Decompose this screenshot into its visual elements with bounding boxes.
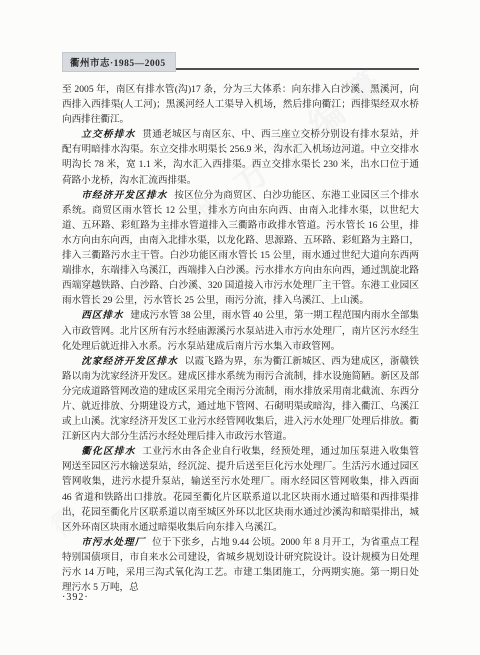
page-number: ·392· <box>62 592 89 603</box>
body-text: 至 2005 年，南区有排水管(沟)17 条，分为三大体系：向东排入白沙溪、黑溪… <box>62 82 419 595</box>
paragraph-lead: 市经济开发区排水 <box>81 190 167 201</box>
paragraph: 沈家经济开发区排水以霞飞路为界，东为衢江新城区、西为建成区，浙赣铁路以南为沈家经… <box>62 354 419 445</box>
paragraph-lead: 西区排水 <box>81 310 123 321</box>
paragraph-lead: 市污水处理厂 <box>81 537 145 548</box>
paragraph-lead: 立交桥排水 <box>81 129 135 140</box>
paragraph: 立交桥排水贯通老城区与南区东、中、西三座立交桥分别设有排水泵站，并配有明暗排水沟… <box>62 127 419 187</box>
book-page: 衢州市地方志编纂 衢州市地方志编纂 衢州市志·1985—2005 至 2005 … <box>0 0 480 655</box>
paragraph: 至 2005 年，南区有排水管(沟)17 条，分为三大体系：向东排入白沙溪、黑溪… <box>62 82 419 127</box>
paragraph: 市经济开发区排水按区位分为商贸区、白沙功能区、东港工业园区三个排水系统。商贸区雨… <box>62 188 419 309</box>
paragraph-lead: 沈家经济开发区排水 <box>81 356 178 367</box>
paragraph-lead: 衢化区排水 <box>81 446 135 457</box>
paragraph: 西区排水建成污水管 38 公里，雨水管 40 公里，第一期工程范围内雨水全部集入… <box>62 308 419 353</box>
paragraph: 市污水处理厂位于下张乡，占地 9.44 公顷。2000 年 8 月开工，为省重点… <box>62 535 419 595</box>
paragraph: 衢化区排水工业污水由各企业自行收集，经预处理，通过加压泵进入收集管网送至园区污水… <box>62 444 419 535</box>
page-header: 衢州市志·1985—2005 <box>62 52 419 72</box>
book-title: 衢州市志·1985—2005 <box>62 52 176 72</box>
